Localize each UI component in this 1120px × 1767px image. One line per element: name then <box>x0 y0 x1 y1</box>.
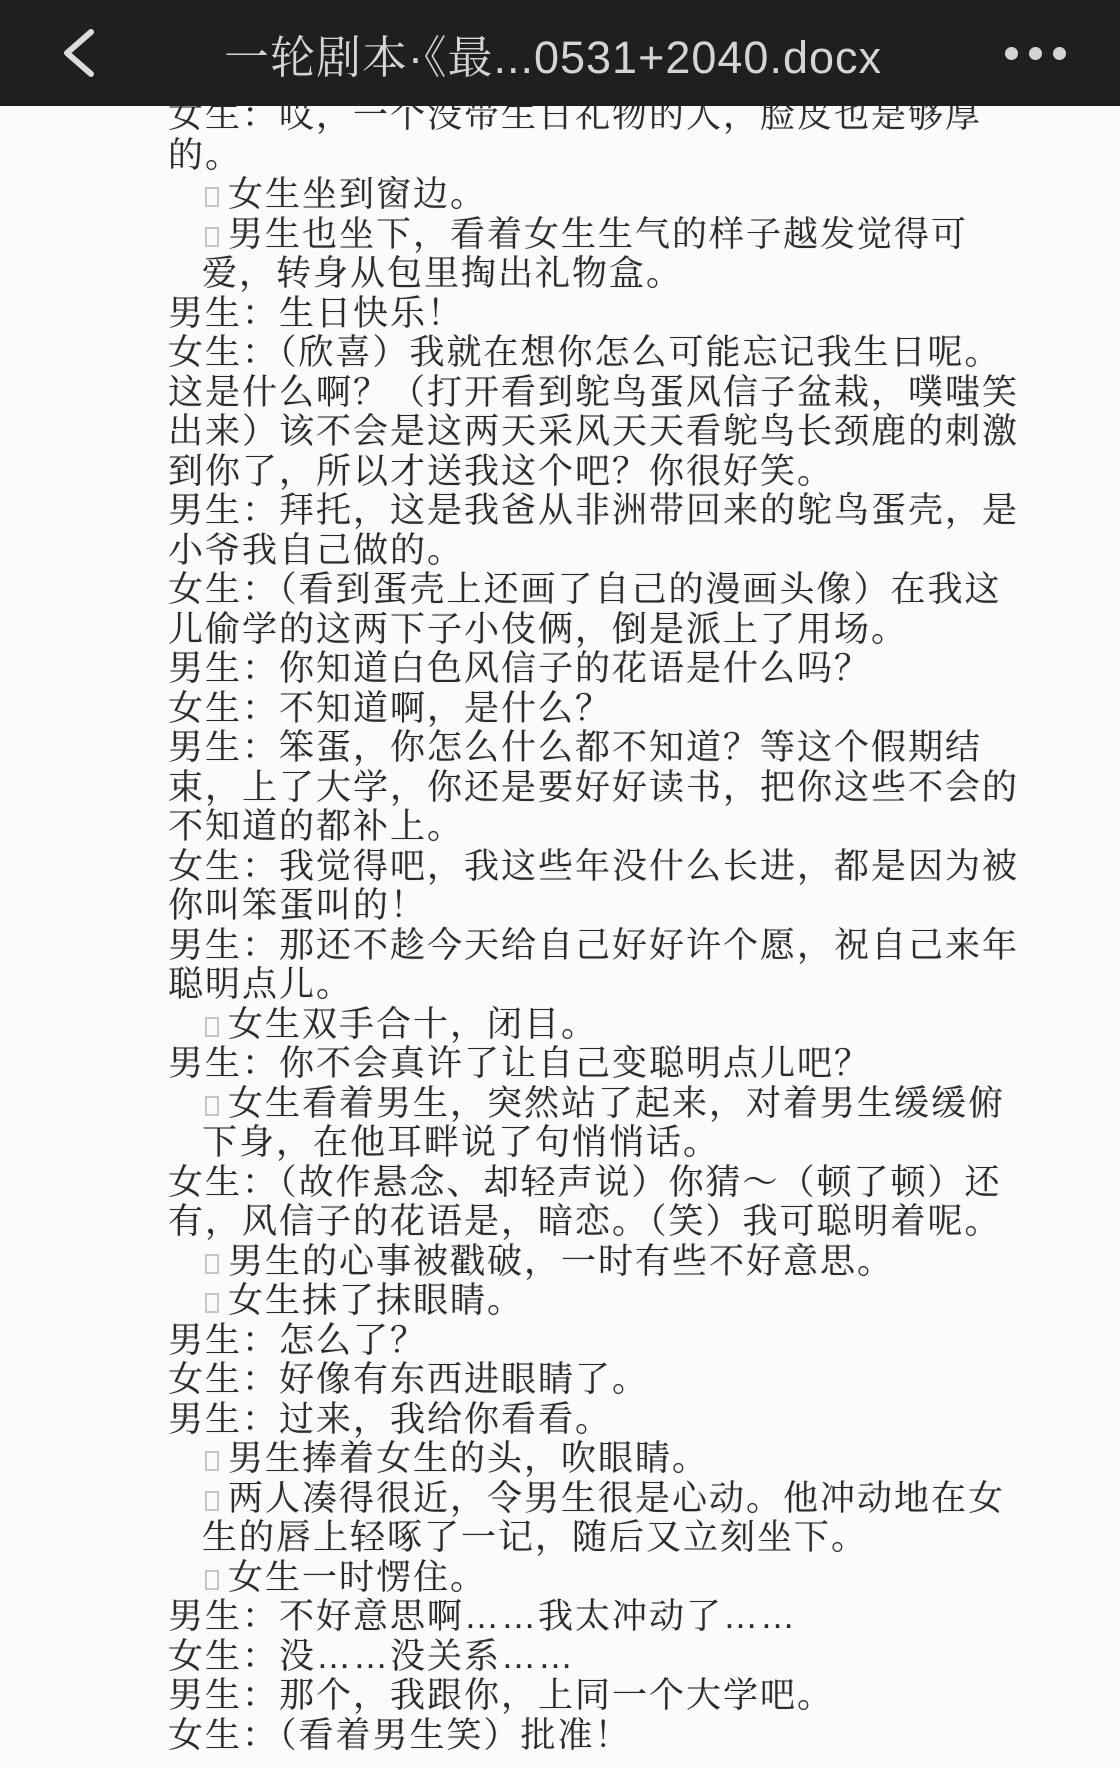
script-line: 男生：你知道白色风信子的花语是什么吗？ <box>168 649 1030 689</box>
script-line-text: 爱，转身从包里掏出礼物盒。 <box>202 254 683 293</box>
paragraph-mark-icon <box>205 227 219 247</box>
script-line: 束，上了大学，你还是要好好读书，把你这些不会的 <box>168 768 1030 808</box>
script-line-text: 男生：你不会真许了让自己变聪明点儿吧？ <box>168 1044 871 1083</box>
paragraph-mark-icon <box>205 1491 219 1511</box>
script-line: 男生也坐下，看着女生生气的样子越发觉得可 <box>168 215 1030 255</box>
script-line-text: 两人凑得很近，令男生很是心动。他冲动地在女 <box>228 1479 1005 1518</box>
script-line: 男生：你不会真许了让自己变聪明点儿吧？ <box>168 1044 1030 1084</box>
script-line-text: 到你了，所以才送我这个吧？你很好笑。 <box>168 452 834 491</box>
script-line: 有，风信子的花语是，暗恋。（笑）我可聪明着呢。 <box>168 1202 1030 1242</box>
script-line: 生的唇上轻啄了一记，随后又立刻坐下。 <box>168 1518 1030 1558</box>
script-line: 儿偷学的这两下子小伎俩，倒是派上了用场。 <box>168 610 1030 650</box>
script-line: 这是什么啊？（打开看到鸵鸟蛋风信子盆栽，噗嗤笑 <box>168 373 1030 413</box>
script-line-text: 生的唇上轻啄了一记，随后又立刻坐下。 <box>202 1518 868 1557</box>
script-line: 出来）该不会是这两天采风天天看鸵鸟长颈鹿的刺激 <box>168 412 1030 452</box>
script-line-text: 女生双手合十，闭目。 <box>228 1005 598 1044</box>
script-line-text: 下身，在他耳畔说了句悄悄话。 <box>202 1123 720 1162</box>
script-line-text: 男生：生日快乐！ <box>168 294 464 333</box>
document-viewer[interactable]: 女生：哎，一个没带生日礼物的人，脸皮也是够厚的。女生坐到窗边。男生也坐下，看着女… <box>0 0 1120 1767</box>
script-line: 男生的心事被戳破，一时有些不好意思。 <box>168 1242 1030 1282</box>
script-line-text: 男生：过来，我给你看看。 <box>168 1400 612 1439</box>
script-line-text: 男生：你知道白色风信子的花语是什么吗？ <box>168 649 871 688</box>
script-line-text: 男生：那还不趁今天给自己好好许个愿，祝自己来年 <box>168 926 1019 965</box>
script-line-text: 女生：（欣喜）我就在想你怎么可能忘记我生日呢。 <box>168 333 1002 372</box>
script-line-text: 小爷我自己做的。 <box>168 531 464 570</box>
script-line: 男生：那个，我跟你，上同一个大学吧。 <box>168 1676 1030 1716</box>
script-line-text: 女生一时愣住。 <box>228 1558 487 1597</box>
script-line-text: 女生：（看着男生笑）批准！ <box>168 1716 632 1755</box>
script-line: 的。 <box>168 136 1030 176</box>
script-line: 下身，在他耳畔说了句悄悄话。 <box>168 1123 1030 1163</box>
chevron-left-icon <box>55 27 101 79</box>
script-line-text: 女生：没……没关系…… <box>168 1637 575 1676</box>
ellipsis-dot-icon <box>1029 47 1042 60</box>
script-line: 你叫笨蛋叫的！ <box>168 886 1030 926</box>
script-line-text: 男生：拜托，这是我爸从非洲带回来的鸵鸟蛋壳，是 <box>168 491 1019 530</box>
script-line: 男生：怎么了？ <box>168 1321 1030 1361</box>
script-line-text: 女生坐到窗边。 <box>228 175 487 214</box>
script-line-text: 儿偷学的这两下子小伎俩，倒是派上了用场。 <box>168 610 908 649</box>
script-line-text: 男生：怎么了？ <box>168 1321 427 1360</box>
script-line: 男生捧着女生的头，吹眼睛。 <box>168 1439 1030 1479</box>
paragraph-mark-icon <box>205 1293 219 1313</box>
script-line: 男生：不好意思啊……我太冲动了…… <box>168 1597 1030 1637</box>
script-line: 女生看着男生，突然站了起来，对着男生缓缓俯 <box>168 1084 1030 1124</box>
script-line: 男生：笨蛋，你怎么什么都不知道？等这个假期结 <box>168 728 1030 768</box>
script-line-text: 男生：笨蛋，你怎么什么都不知道？等这个假期结 <box>168 728 982 767</box>
script-line-text: 女生抹了抹眼睛。 <box>228 1281 524 1320</box>
script-line: 女生：我觉得吧，我这些年没什么长进，都是因为被 <box>168 847 1030 887</box>
script-line-text: 这是什么啊？（打开看到鸵鸟蛋风信子盆栽，噗嗤笑 <box>168 373 1019 412</box>
ellipsis-dot-icon <box>1053 47 1066 60</box>
script-line: 男生：那还不趁今天给自己好好许个愿，祝自己来年 <box>168 926 1030 966</box>
script-line: 女生：不知道啊，是什么？ <box>168 689 1030 729</box>
document-title: 一轮剧本·《最...0531+2040.docx <box>156 21 950 86</box>
script-line: 不知道的都补上。 <box>168 807 1030 847</box>
script-line: 聪明点儿。 <box>168 965 1030 1005</box>
paragraph-mark-icon <box>205 1096 219 1116</box>
script-line-text: 女生：不知道啊，是什么？ <box>168 689 612 728</box>
script-line-text: 女生：我觉得吧，我这些年没什么长进，都是因为被 <box>168 847 1019 886</box>
script-line-text: 束，上了大学，你还是要好好读书，把你这些不会的 <box>168 768 1019 807</box>
script-line: 女生抹了抹眼睛。 <box>168 1281 1030 1321</box>
script-line: 男生：生日快乐！ <box>168 294 1030 334</box>
script-line: 女生坐到窗边。 <box>168 175 1030 215</box>
script-line-text: 男生：不好意思啊……我太冲动了…… <box>168 1597 797 1636</box>
paragraph-mark-icon <box>205 187 219 207</box>
ellipsis-dot-icon <box>1005 47 1018 60</box>
back-button[interactable] <box>0 0 156 106</box>
script-line: 女生：（故作悬念、却轻声说）你猜～（顿了顿）还 <box>168 1163 1030 1203</box>
script-line-text: 男生捧着女生的头，吹眼睛。 <box>228 1439 709 1478</box>
script-line-text: 女生：（故作悬念、却轻声说）你猜～（顿了顿）还 <box>168 1163 1002 1202</box>
script-line: 女生：没……没关系…… <box>168 1637 1030 1677</box>
script-line: 爱，转身从包里掏出礼物盒。 <box>168 254 1030 294</box>
script-line: 女生：好像有东西进眼睛了。 <box>168 1360 1030 1400</box>
paragraph-mark-icon <box>205 1451 219 1471</box>
script-line-text: 男生：那个，我跟你，上同一个大学吧。 <box>168 1676 834 1715</box>
script-line: 两人凑得很近，令男生很是心动。他冲动地在女 <box>168 1479 1030 1519</box>
script-line-text: 女生看着男生，突然站了起来，对着男生缓缓俯 <box>228 1084 1005 1123</box>
script-line: 女生双手合十，闭目。 <box>168 1005 1030 1045</box>
script-line: 女生：（看着男生笑）批准！ <box>168 1716 1030 1756</box>
script-line: 到你了，所以才送我这个吧？你很好笑。 <box>168 452 1030 492</box>
script-line-text: 女生：（看到蛋壳上还画了自己的漫画头像）在我这 <box>168 570 1002 609</box>
paragraph-mark-icon <box>205 1254 219 1274</box>
script-line: 女生一时愣住。 <box>168 1558 1030 1598</box>
titlebar: 一轮剧本·《最...0531+2040.docx <box>0 0 1120 106</box>
more-menu-button[interactable] <box>950 0 1120 106</box>
script-line-text: 聪明点儿。 <box>168 965 353 1004</box>
app-screen: 女生：哎，一个没带生日礼物的人，脸皮也是够厚的。女生坐到窗边。男生也坐下，看着女… <box>0 0 1120 1767</box>
script-line-text: 你叫笨蛋叫的！ <box>168 886 427 925</box>
script-line: 小爷我自己做的。 <box>168 531 1030 571</box>
paragraph-mark-icon <box>205 1017 219 1037</box>
script-line-text: 不知道的都补上。 <box>168 807 464 846</box>
document-content: 女生：哎，一个没带生日礼物的人，脸皮也是够厚的。女生坐到窗边。男生也坐下，看着女… <box>0 0 1120 1755</box>
script-line: 男生：拜托，这是我爸从非洲带回来的鸵鸟蛋壳，是 <box>168 491 1030 531</box>
script-line-text: 女生：好像有东西进眼睛了。 <box>168 1360 649 1399</box>
script-line: 女生：（看到蛋壳上还画了自己的漫画头像）在我这 <box>168 570 1030 610</box>
script-line-text: 的。 <box>168 136 242 175</box>
script-line-text: 出来）该不会是这两天采风天天看鸵鸟长颈鹿的刺激 <box>168 412 1019 451</box>
script-line: 男生：过来，我给你看看。 <box>168 1400 1030 1440</box>
script-line: 女生：（欣喜）我就在想你怎么可能忘记我生日呢。 <box>168 333 1030 373</box>
paragraph-mark-icon <box>205 1570 219 1590</box>
script-line-text: 有，风信子的花语是，暗恋。（笑）我可聪明着呢。 <box>168 1202 1002 1241</box>
script-line-text: 男生也坐下，看着女生生气的样子越发觉得可 <box>228 215 968 254</box>
script-line-text: 男生的心事被戳破，一时有些不好意思。 <box>228 1242 894 1281</box>
